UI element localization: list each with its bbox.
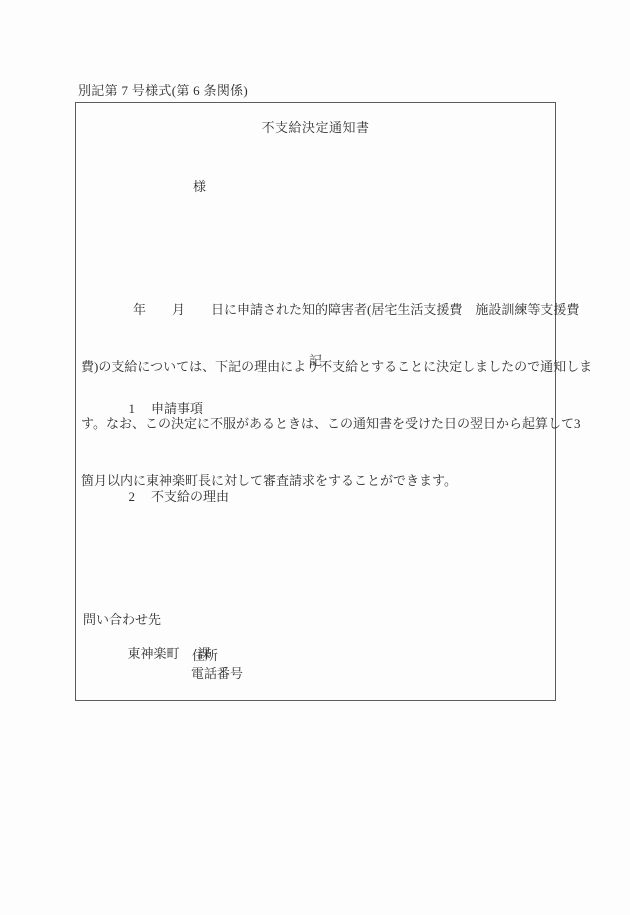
item-number: 1 <box>129 401 136 416</box>
form-number-label: 別記第 7 号様式(第 6 条関係) <box>78 80 248 99</box>
list-item-nonpayment-reason: 2不支給の理由 <box>109 470 229 521</box>
document-title: 不支給決定通知書 <box>76 117 555 136</box>
list-item-application-details: 1申請事項 <box>109 382 203 433</box>
body-line-1: 年 月 日に申請された知的障害者(居宅生活支援費 施設訓練等支援費 <box>81 300 551 319</box>
office-name: 東神楽町 <box>128 646 180 661</box>
item-number: 2 <box>129 489 136 504</box>
item-label: 不支給の理由 <box>151 489 229 504</box>
ki-section-heading: 記 <box>76 350 555 369</box>
contact-phone-label: 電話番号 <box>191 663 243 682</box>
addressee-suffix: 様 <box>193 176 206 195</box>
form-border-box: 不支給決定通知書 様 年 月 日に申請された知的障害者(居宅生活支援費 施設訓練… <box>75 102 556 701</box>
contact-section-heading: 問い合わせ先 <box>83 609 161 628</box>
item-label: 申請事項 <box>151 401 203 416</box>
contact-address-label: 住所 <box>192 645 218 664</box>
document-page: 別記第 7 号様式(第 6 条関係) 不支給決定通知書 様 年 月 日に申請され… <box>0 0 630 915</box>
